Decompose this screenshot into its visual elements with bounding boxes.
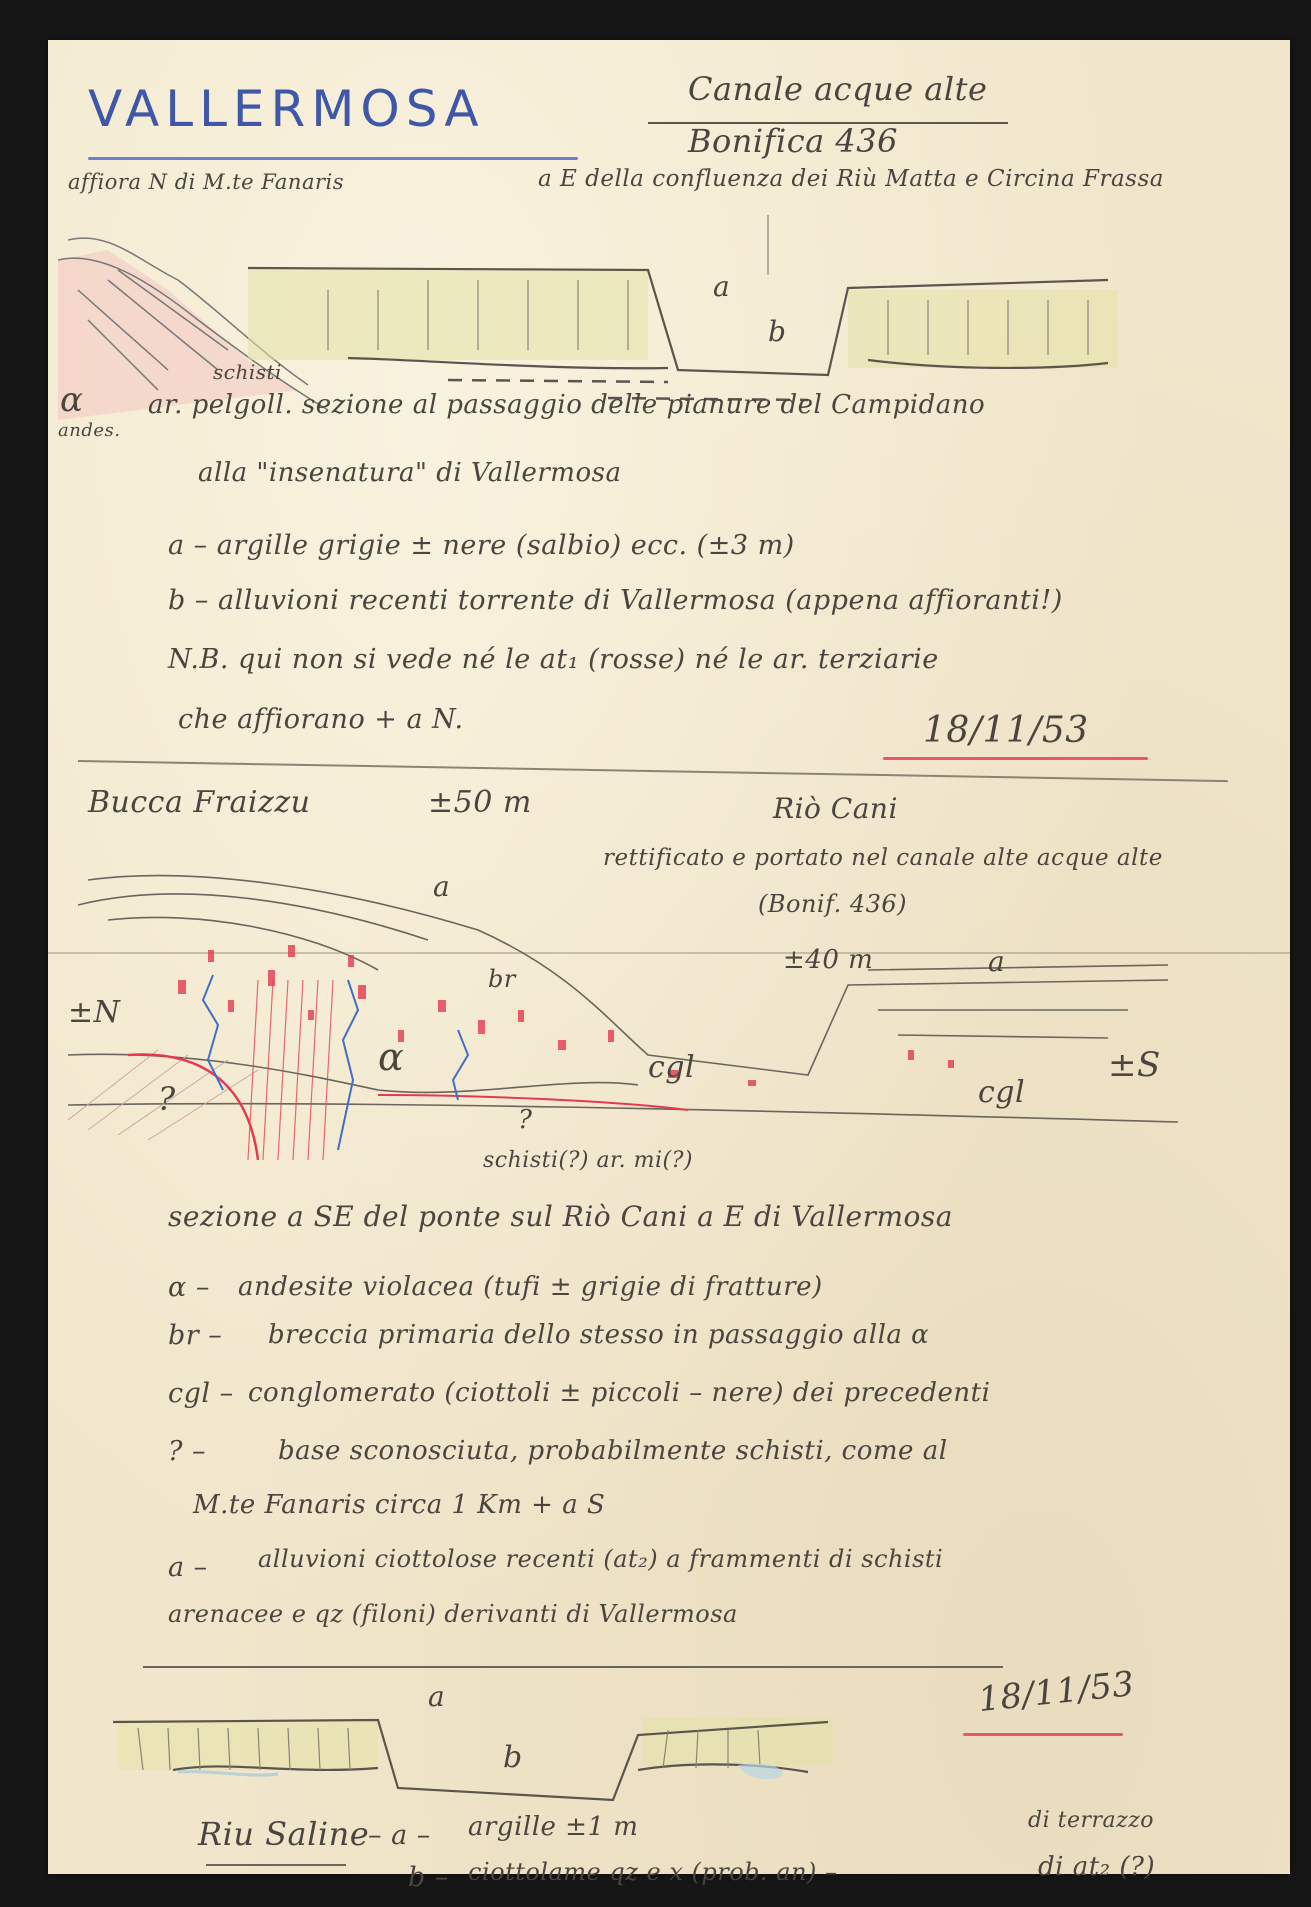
legend-key: br –: [168, 1320, 222, 1351]
diagram2-label-br: br: [488, 965, 516, 993]
diagram2-label-elev: ±40 m: [783, 945, 873, 975]
diagram2-label-a-top: a: [433, 870, 450, 903]
section2-heading-left: Bucca Fraizzu: [88, 785, 310, 820]
section1-date: 18/11/53: [923, 710, 1089, 751]
section3-side-note-top: di terrazzo: [1028, 1808, 1154, 1833]
diagram2-label-S: ±S: [1108, 1045, 1161, 1085]
legend-text: breccia primaria dello stesso in passagg…: [268, 1320, 929, 1350]
diagram2-label-q2: ?: [518, 1105, 532, 1135]
section3-heading: Riu Saline: [198, 1815, 369, 1853]
diagram2-label-cgl-1: cgl: [648, 1050, 695, 1085]
section1-note-2: alla "insenatura" di Vallermosa: [198, 458, 621, 488]
cross-section-diagram-3: [48, 1700, 1290, 1820]
header-canal: Canale acque alte: [688, 70, 987, 108]
header-location: a E della confluenza dei Riù Matta e Cir…: [538, 166, 1164, 192]
diagram2-label-a-right: a: [988, 945, 1005, 978]
diagram1-label-a: a: [713, 270, 730, 303]
notebook-page: VALLERMOSA Canale acque alte Bonifica 43…: [48, 40, 1290, 1874]
section1-note-1: ar. pelgoll. sezione al passaggio delle …: [148, 390, 985, 420]
legend-text: base sconosciuta, probabilmente schisti,…: [278, 1436, 948, 1466]
diagram2-label-alpha: α: [378, 1035, 404, 1079]
title-underline: [88, 157, 578, 160]
diagram2-label-N: ±N: [68, 995, 120, 1030]
page-title: VALLERMOSA: [88, 80, 485, 138]
section2-heading-river: Riò Cani: [773, 792, 898, 825]
diagram2-label-bottom: schisti(?) ar. mi(?): [483, 1148, 693, 1173]
legend-text: andesite violacea (tufi ± grigie di frat…: [238, 1272, 823, 1302]
section1-note-3: a – argille grigie ± nere (salbio) ecc. …: [168, 530, 795, 561]
diagram3-label-a: a: [428, 1680, 445, 1713]
section3-note-key-a: – a –: [368, 1820, 431, 1851]
header-bonifica: Bonifica 436: [688, 122, 898, 160]
legend-text: arenacee e qz (filoni) derivanti di Vall…: [168, 1600, 738, 1628]
diagram2-label-cgl-2: cgl: [978, 1075, 1025, 1110]
diagram2-label-q1: ?: [158, 1080, 176, 1118]
section3-note-key-b: b –: [408, 1862, 449, 1893]
section2-heading-elev: ±50 m: [428, 785, 532, 820]
section3-note-a: argille ±1 m: [468, 1812, 638, 1842]
section1-note-6: che affiorano + a N.: [178, 704, 464, 735]
diagram1-label-alpha: α: [60, 380, 83, 420]
section1-note-4: b – alluvioni recenti torrente di Valler…: [168, 585, 1063, 616]
section1-note-5: N.B. qui non si vede né le at₁ (rosse) n…: [168, 644, 939, 675]
legend-text: alluvioni ciottolose recenti (at₂) a fra…: [258, 1545, 943, 1573]
subtitle-left: affiora N di M.te Fanaris: [68, 170, 344, 194]
legend-key: α –: [168, 1272, 210, 1303]
diagram1-label-b: b: [768, 315, 786, 348]
section3-heading-underline: [206, 1864, 346, 1866]
section2-caption: sezione a SE del ponte sul Riò Cani a E …: [168, 1200, 953, 1233]
section-divider-1: [78, 760, 1228, 782]
diagram3-label-b: b: [503, 1740, 523, 1775]
diagram1-label-andes: andes.: [58, 420, 120, 441]
section3-side-note-bottom: di at₂ (?): [1038, 1852, 1155, 1882]
legend-key: ? –: [168, 1436, 206, 1467]
diagram1-label-schist: schisti: [213, 360, 282, 384]
legend-key: cgl –: [168, 1378, 234, 1409]
legend-key: a –: [168, 1552, 208, 1583]
cross-section-diagram-2: [48, 860, 1290, 1170]
section-divider-2: [143, 1666, 1003, 1668]
legend-text: conglomerato (ciottoli ± piccoli – nere)…: [248, 1378, 990, 1408]
legend-text: M.te Fanaris circa 1 Km + a S: [193, 1490, 605, 1520]
section3-note-b: ciottolame qz e x (prob. an) –: [468, 1858, 838, 1886]
section1-date-underline: [883, 757, 1148, 760]
